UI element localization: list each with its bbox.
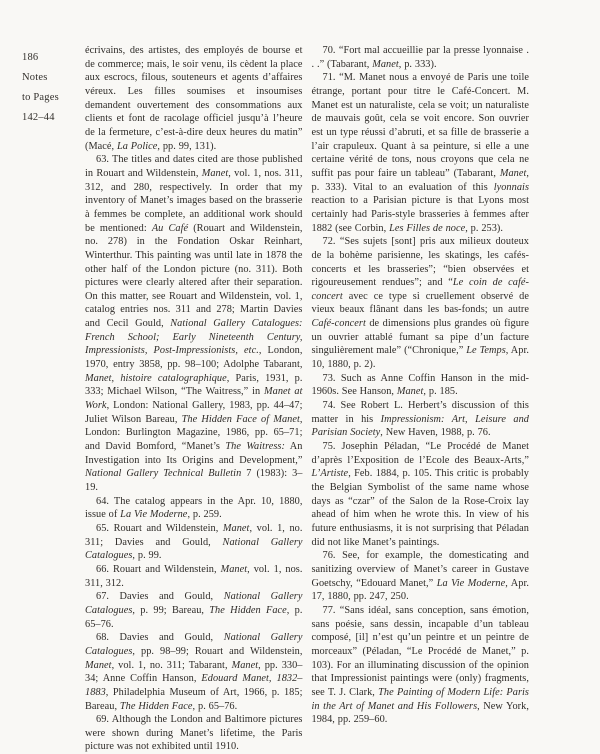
running-head: 186 Notes to Pages 142–44 bbox=[22, 48, 59, 128]
italic-text-run: L’Artiste bbox=[312, 468, 349, 479]
italic-text-run: The Waitress: bbox=[225, 441, 285, 452]
text-run: 65. Rouart and Wildenstein, bbox=[96, 523, 223, 534]
note-paragraph: 77. “Sans idéal, sans conception, sans é… bbox=[312, 604, 530, 727]
note-paragraph: 70. “Fort mal accueillie par la presse l… bbox=[312, 44, 530, 71]
note-paragraph: 63. The titles and dates cited are those… bbox=[85, 153, 303, 494]
note-paragraph: 75. Josephin Péladan, “Le Procédé de Man… bbox=[312, 440, 530, 549]
book-page: 186 Notes to Pages 142–44 écrivains, des… bbox=[0, 0, 600, 754]
text-run: , New Haven, 1988, p. 76. bbox=[380, 427, 490, 438]
note-paragraph: 74. See Robert L. Herbert’s discussion o… bbox=[312, 399, 530, 440]
running-head-line: 142–44 bbox=[22, 108, 59, 128]
italic-text-run: Café-concert bbox=[312, 318, 366, 329]
italic-text-run: La Police bbox=[117, 141, 157, 152]
italic-text-run: Manet bbox=[500, 168, 527, 179]
italic-text-run: La Vie Moderne bbox=[120, 509, 187, 520]
italic-text-run: The Hidden Face bbox=[209, 605, 287, 616]
text-run: , p. 99. bbox=[132, 550, 161, 561]
note-paragraph: 69. Although the London and Baltimore pi… bbox=[85, 713, 303, 754]
text-run: , Feb. 1884, p. 105. This critic is prob… bbox=[312, 468, 530, 547]
text-run: , pp. 99, 131). bbox=[157, 141, 216, 152]
italic-text-run: The Hidden Face of Manet bbox=[182, 414, 300, 425]
text-run: , p. 259. bbox=[187, 509, 221, 520]
text-run: 77. “Sans idéal, sans conception, sans é… bbox=[312, 605, 530, 698]
text-run: avec ce type si cruellement observé de v… bbox=[312, 291, 530, 316]
text-run: écrivains, des artistes, des employés de… bbox=[85, 45, 303, 152]
text-run: 68. Davies and Gould, bbox=[96, 632, 224, 643]
note-paragraph: 67. Davies and Gould, National Gallery C… bbox=[85, 590, 303, 631]
italic-text-run: La Vie Moderne bbox=[437, 578, 506, 589]
note-paragraph: écrivains, des artistes, des employés de… bbox=[85, 44, 303, 153]
note-paragraph: 73. Such as Anne Coffin Hanson in the mi… bbox=[312, 372, 530, 399]
text-run: 66. Rouart and Wildenstein, bbox=[96, 564, 221, 575]
notes-column-right: 70. “Fort mal accueillie par la presse l… bbox=[312, 44, 530, 727]
italic-text-run: National Gallery Technical Bulletin bbox=[85, 468, 241, 479]
italic-text-run: lyonnais bbox=[494, 182, 529, 193]
italic-text-run: Manet bbox=[202, 168, 229, 179]
italic-text-run: Manet bbox=[372, 59, 399, 70]
text-run: , p. 99; Bareau, bbox=[132, 605, 209, 616]
text-run: 67. Davies and Gould, bbox=[96, 591, 224, 602]
running-head-line: Notes bbox=[22, 68, 59, 88]
notes-column-left: écrivains, des artistes, des employés de… bbox=[85, 44, 303, 754]
italic-text-run: Manet bbox=[85, 660, 112, 671]
italic-text-run: Manet bbox=[232, 660, 259, 671]
italic-text-run: Manet bbox=[221, 564, 248, 575]
note-paragraph: 64. The catalog appears in the Apr. 10, … bbox=[85, 495, 303, 522]
note-paragraph: 72. “Ses sujets [sont] pris aux milieux … bbox=[312, 235, 530, 372]
note-paragraph: 71. “M. Manet nous a envoyé de Paris une… bbox=[312, 71, 530, 235]
text-run: , p. 185. bbox=[423, 386, 457, 397]
italic-text-run: The Hidden Face bbox=[120, 701, 193, 712]
italic-text-run: Manet, histoire catalographique bbox=[85, 373, 227, 384]
notes-columns: écrivains, des artistes, des employés de… bbox=[85, 44, 529, 754]
text-run: (Rouart and Wildenstein, no. 278) in the… bbox=[85, 223, 303, 330]
note-paragraph: 68. Davies and Gould, National Gallery C… bbox=[85, 631, 303, 713]
italic-text-run: Au Café bbox=[152, 223, 188, 234]
italic-text-run: Manet bbox=[397, 386, 424, 397]
italic-text-run: Manet bbox=[223, 523, 250, 534]
page-number: 186 bbox=[22, 48, 59, 68]
text-run: , p. 65–76. bbox=[193, 701, 238, 712]
text-run: , p. 333). bbox=[399, 59, 437, 70]
italic-text-run: Les Filles de noce bbox=[389, 223, 465, 234]
italic-text-run: Le Temps bbox=[466, 345, 506, 356]
text-run: 75. Josephin Péladan, “Le Procédé de Man… bbox=[312, 441, 530, 466]
note-paragraph: 65. Rouart and Wildenstein, Manet, vol. … bbox=[85, 522, 303, 563]
text-run: , pp. 98–99; Rouart and Wildenstein, bbox=[132, 646, 302, 657]
text-run: , p. 253). bbox=[465, 223, 503, 234]
note-paragraph: 66. Rouart and Wildenstein, Manet, vol. … bbox=[85, 563, 303, 590]
running-head-line: to Pages bbox=[22, 88, 59, 108]
text-run: 69. Although the London and Baltimore pi… bbox=[85, 714, 303, 752]
note-paragraph: 76. See, for example, the domesticating … bbox=[312, 549, 530, 604]
text-run: 71. “M. Manet nous a envoyé de Paris une… bbox=[312, 72, 530, 179]
text-run: , vol. 1, no. 311; Tabarant, bbox=[112, 660, 232, 671]
